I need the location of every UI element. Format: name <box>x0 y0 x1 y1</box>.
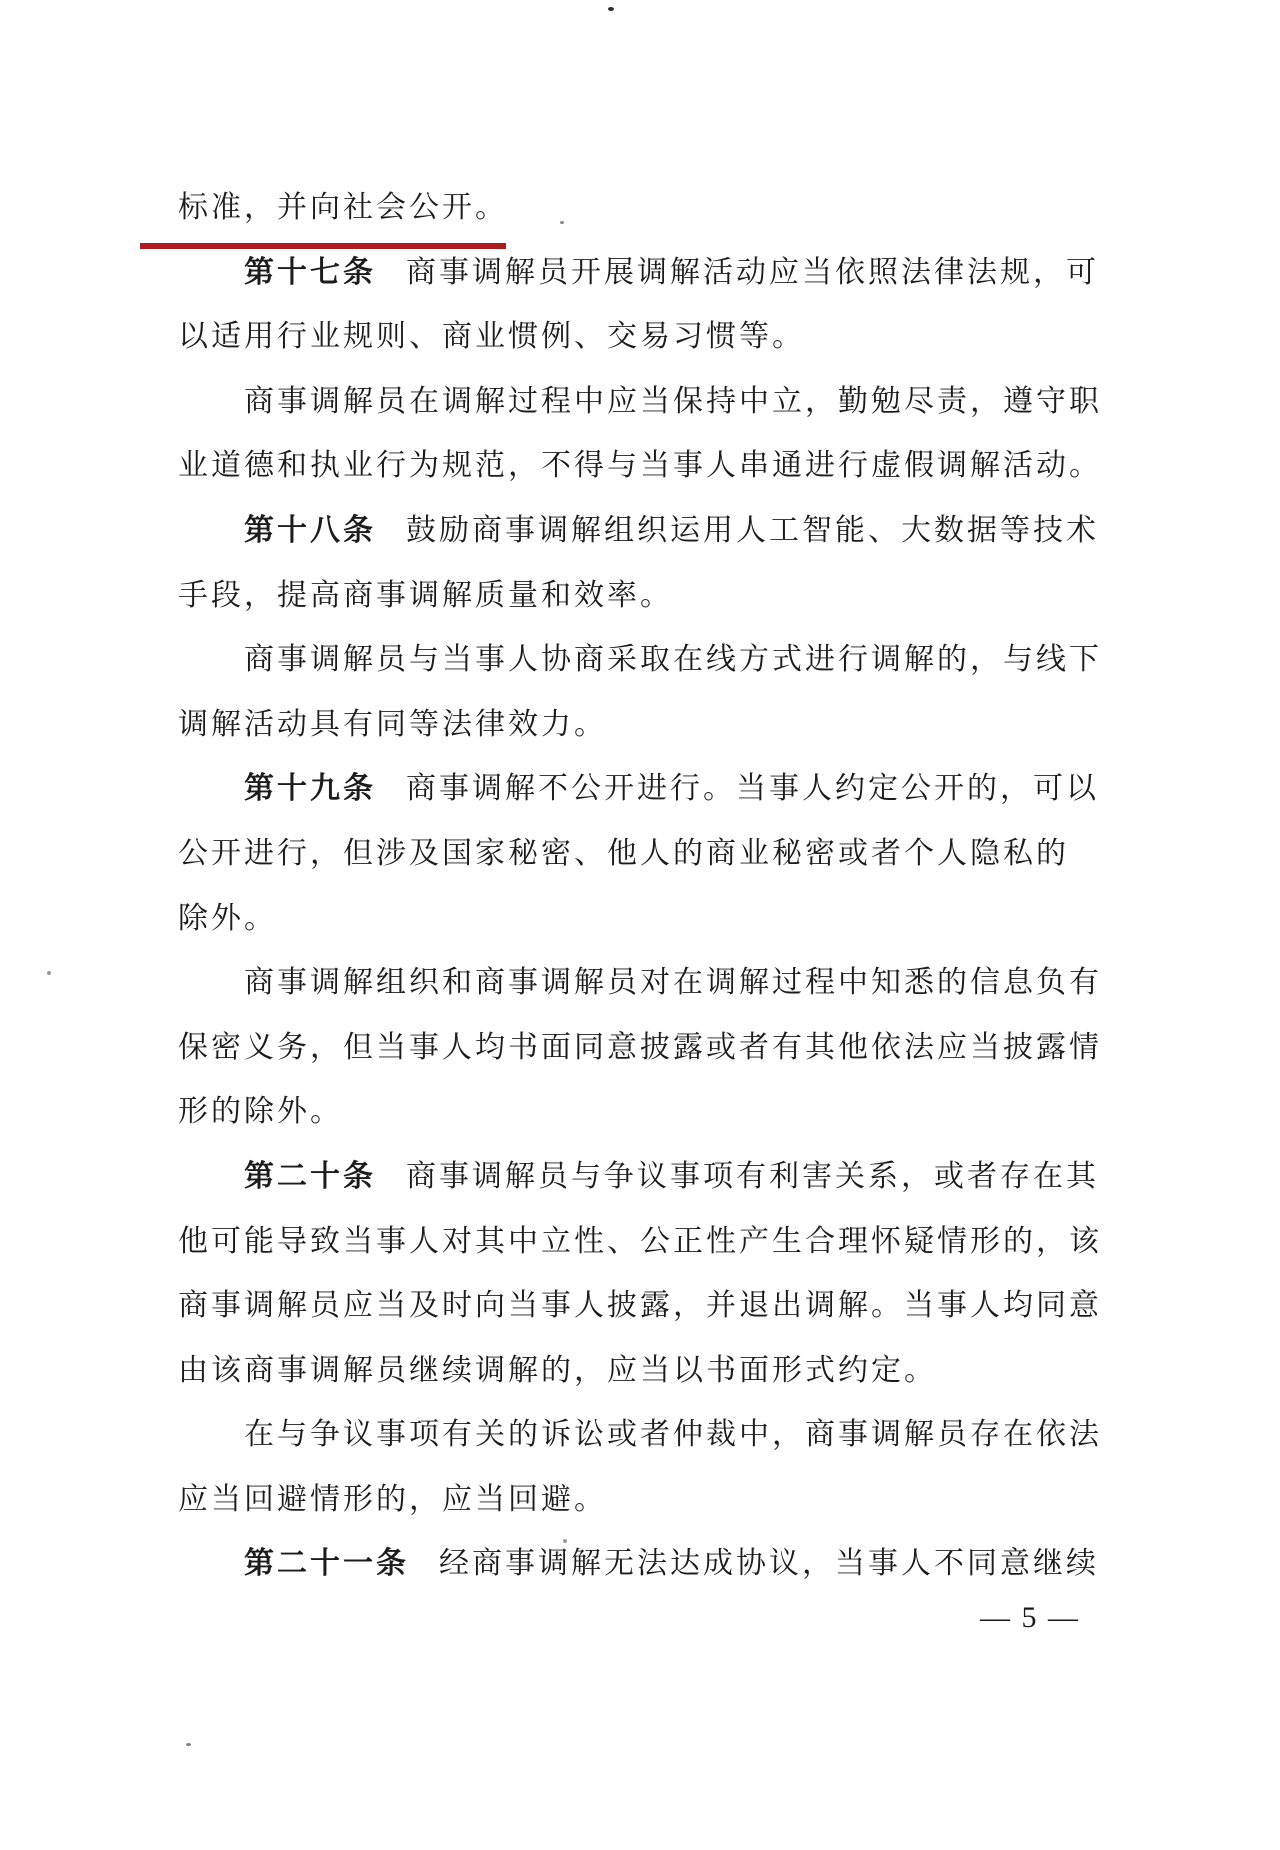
line-text: 公开进行，但涉及国家秘密、他人的商业秘密或者个人隐私的 <box>178 837 1069 870</box>
text-line: 调解活动具有同等法律效力。 <box>178 693 1113 758</box>
line-text: 标准，并向社会公开。 <box>178 191 508 224</box>
text-line: 在与争议事项有关的诉讼或者仲裁中，商事调解员存在依法 <box>178 1403 1113 1468</box>
article-number: 第十七条 <box>244 256 376 289</box>
article-line: 第二十一条经商事调解无法达成协议，当事人不同意继续 <box>178 1532 1113 1597</box>
article-line: 第二十条商事调解员与争议事项有利害关系，或者存在其 <box>178 1145 1113 1210</box>
article-line: 第十八条鼓励商事调解组织运用人工智能、大数据等技术 <box>178 499 1113 564</box>
line-text: 保密义务，但当事人均书面同意披露或者有其他依法应当披露情 <box>178 1031 1102 1064</box>
text-line: 标准，并向社会公开。 <box>178 176 1113 241</box>
line-text: 由该商事调解员继续调解的，应当以书面形式约定。 <box>178 1354 937 1387</box>
page-number: — 5 — <box>950 1598 1110 1638</box>
document-body: 标准，并向社会公开。第十七条商事调解员开展调解活动应当依照法律法规，可以适用行业… <box>178 176 1113 1597</box>
line-text: 调解活动具有同等法律效力。 <box>178 708 607 741</box>
line-text: 手段，提高商事调解质量和效率。 <box>178 579 673 612</box>
scan-speck <box>47 971 51 975</box>
text-line: 他可能导致当事人对其中立性、公正性产生合理怀疑情形的，该 <box>178 1210 1113 1275</box>
line-text: 商事调解员开展调解活动应当依照法律法规，可 <box>406 256 1099 289</box>
article-number: 第二十一条 <box>244 1547 409 1580</box>
scan-speck <box>186 1743 191 1746</box>
scan-speck <box>563 1539 567 1543</box>
text-line: 商事调解员在调解过程中应当保持中立，勤勉尽责，遵守职 <box>178 370 1113 435</box>
line-text: 商事调解员与争议事项有利害关系，或者存在其 <box>406 1160 1099 1193</box>
text-line: 应当回避情形的，应当回避。 <box>178 1468 1113 1533</box>
text-line: 形的除外。 <box>178 1080 1113 1145</box>
line-text: 应当回避情形的，应当回避。 <box>178 1483 607 1516</box>
line-text: 商事调解不公开进行。当事人约定公开的，可以 <box>406 772 1099 805</box>
article-number: 第十八条 <box>244 514 376 547</box>
article-number: 第二十条 <box>244 1160 376 1193</box>
text-line: 公开进行，但涉及国家秘密、他人的商业秘密或者个人隐私的 <box>178 822 1113 887</box>
scan-speck <box>608 7 614 11</box>
scanned-document-page: 标准，并向社会公开。第十七条商事调解员开展调解活动应当依照法律法规，可以适用行业… <box>0 0 1280 1850</box>
line-text: 商事调解员与当事人协商采取在线方式进行调解的，与线下 <box>244 643 1102 676</box>
text-line: 商事调解组织和商事调解员对在调解过程中知悉的信息负有 <box>178 951 1113 1016</box>
line-text: 商事调解组织和商事调解员对在调解过程中知悉的信息负有 <box>244 966 1102 999</box>
line-text: 商事调解员在调解过程中应当保持中立，勤勉尽责，遵守职 <box>244 385 1102 418</box>
line-text: 以适用行业规则、商业惯例、交易习惯等。 <box>178 320 805 353</box>
line-text: 除外。 <box>178 902 277 935</box>
article-line: 第十七条商事调解员开展调解活动应当依照法律法规，可 <box>178 241 1113 306</box>
text-line: 保密义务，但当事人均书面同意披露或者有其他依法应当披露情 <box>178 1016 1113 1081</box>
scan-speck <box>560 221 564 224</box>
line-text: 他可能导致当事人对其中立性、公正性产生合理怀疑情形的，该 <box>178 1225 1102 1258</box>
article-line: 第十九条商事调解不公开进行。当事人约定公开的，可以 <box>178 757 1113 822</box>
text-line: 商事调解员与当事人协商采取在线方式进行调解的，与线下 <box>178 628 1113 693</box>
text-line: 以适用行业规则、商业惯例、交易习惯等。 <box>178 305 1113 370</box>
line-text: 商事调解员应当及时向当事人披露，并退出调解。当事人均同意 <box>178 1289 1102 1322</box>
text-line: 业道德和执业行为规范，不得与当事人串通进行虚假调解活动。 <box>178 434 1113 499</box>
line-text: 在与争议事项有关的诉讼或者仲裁中，商事调解员存在依法 <box>244 1418 1102 1451</box>
text-line: 手段，提高商事调解质量和效率。 <box>178 564 1113 629</box>
line-text: 鼓励商事调解组织运用人工智能、大数据等技术 <box>406 514 1099 547</box>
line-text: 业道德和执业行为规范，不得与当事人串通进行虚假调解活动。 <box>178 449 1102 482</box>
red-underline-annotation <box>140 243 506 249</box>
text-line: 由该商事调解员继续调解的，应当以书面形式约定。 <box>178 1339 1113 1404</box>
line-text: 形的除外。 <box>178 1095 343 1128</box>
line-text: 经商事调解无法达成协议，当事人不同意继续 <box>439 1547 1099 1580</box>
text-line: 除外。 <box>178 887 1113 952</box>
text-line: 商事调解员应当及时向当事人披露，并退出调解。当事人均同意 <box>178 1274 1113 1339</box>
article-number: 第十九条 <box>244 772 376 805</box>
